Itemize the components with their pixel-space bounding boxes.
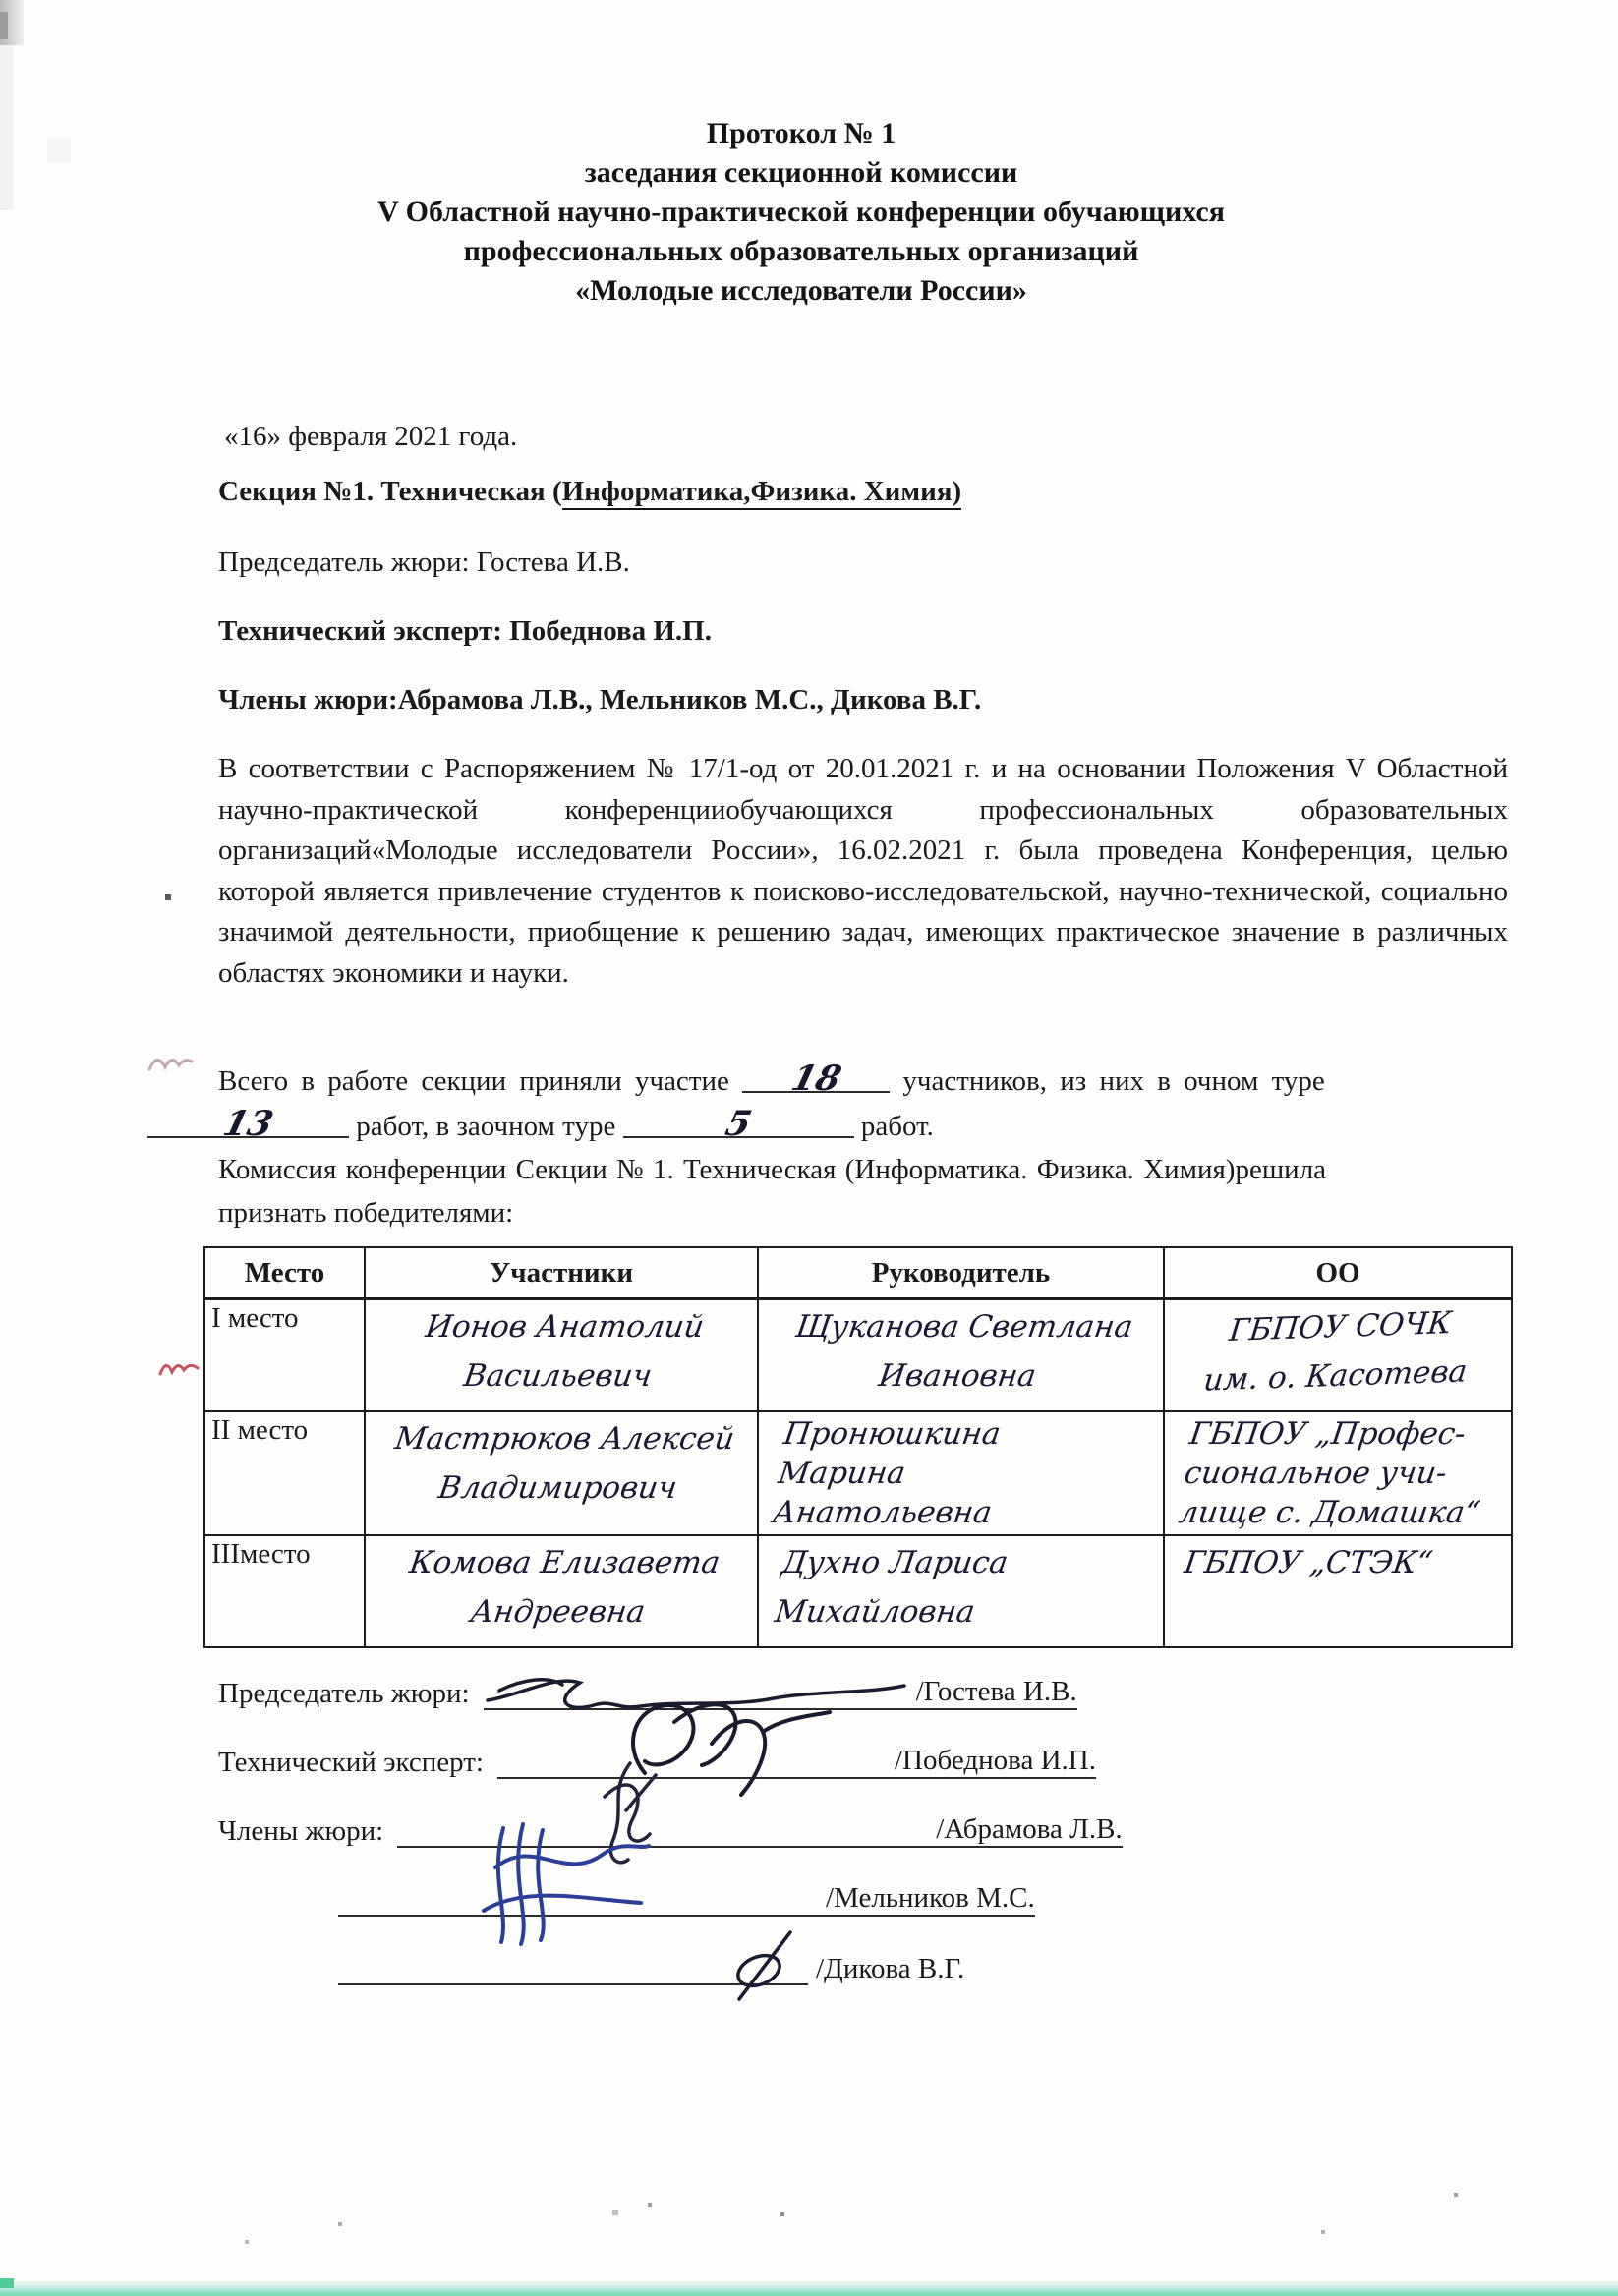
signature-name: /Абрамова Л.В. bbox=[928, 1813, 1122, 1848]
scan-artifact-bottom-edge bbox=[0, 2281, 1618, 2296]
title-line: V Областной научно-практической конферен… bbox=[157, 193, 1445, 232]
participation-line-4: признать победителями: bbox=[218, 1191, 1508, 1234]
participation-block: Всего в работе секции приняли участие 18… bbox=[218, 1058, 1508, 1234]
supervisor-cell: Пронюшкина Марина Анатольевна bbox=[758, 1411, 1164, 1535]
participation-text: участников, из них в очном туре bbox=[902, 1065, 1324, 1097]
participant-cell: Ионов Анатолий Васильевич bbox=[365, 1299, 758, 1412]
title-block: Протокол № 1 заседания секционной комисс… bbox=[157, 114, 1445, 311]
handwritten-line: Мастрюков Алексей bbox=[372, 1414, 758, 1464]
signature-label: Технический эксперт: bbox=[218, 1747, 497, 1779]
role-line-expert: Технический эксперт: Победнова И.П. bbox=[218, 615, 712, 648]
section-line: Секция №1. Техническая (Информатика,Физи… bbox=[218, 476, 961, 508]
table-header-row: Место Участники Руководитель ОО bbox=[204, 1247, 1512, 1299]
blank-total: 18 bbox=[742, 1058, 890, 1093]
participation-line-3: Комиссия конференции Секции № 1. Техниче… bbox=[218, 1148, 1508, 1191]
signature-dikova bbox=[722, 1926, 810, 2005]
handwritten-line: Марина bbox=[776, 1454, 1160, 1493]
header-supervisor: Руководитель bbox=[758, 1247, 1164, 1299]
oo-cell: ГБПОУ „СТЭК“ bbox=[1164, 1535, 1512, 1647]
signature-line bbox=[338, 1944, 808, 1985]
participation-text: работ. bbox=[861, 1111, 934, 1142]
handwritten-text: Мастрюков Алексей Владимирович bbox=[365, 1414, 758, 1513]
signature-name: /Гостева И.В. bbox=[908, 1676, 1077, 1710]
handwritten-line: Ивановна bbox=[758, 1351, 1157, 1401]
title-line: «Молодые исследователи России» bbox=[157, 271, 1445, 311]
signature-name: /Мельников М.С. bbox=[818, 1882, 1035, 1917]
participation-line-2: 13 работ, в заочном туре 5 работ. bbox=[147, 1103, 1508, 1148]
date-line: «16» февраля 2021 года. bbox=[224, 421, 517, 453]
place-cell: I место bbox=[204, 1299, 365, 1412]
table-row: I место Ионов Анатолий Васильевич Щукано… bbox=[204, 1299, 1512, 1412]
supervisor-cell: Щуканова Светлана Ивановна bbox=[758, 1299, 1164, 1412]
supervisor-cell: Духно Лариса Михайловна bbox=[758, 1535, 1164, 1647]
section-prefix: Секция №1. Техническая ( bbox=[218, 476, 562, 507]
handwritten-line: ГБПОУ „СТЭК“ bbox=[1181, 1538, 1508, 1587]
table-row: IIIместо Комова Елизавета Андреевна Духн… bbox=[204, 1535, 1512, 1647]
participant-cell: Мастрюков Алексей Владимирович bbox=[365, 1411, 758, 1535]
handwritten-total: 18 bbox=[786, 1058, 845, 1101]
handwritten-line: Щуканова Светлана bbox=[765, 1302, 1164, 1351]
handwritten-line: лище с. Домашка“ bbox=[1177, 1493, 1503, 1532]
title-line: заседания секционной комиссии bbox=[157, 153, 1445, 193]
oo-cell: ГБПОУ „Профес- сиональное учи- лище с. Д… bbox=[1164, 1411, 1512, 1535]
title-line: Протокол № 1 bbox=[157, 114, 1445, 153]
signature-label: Члены жюри: bbox=[218, 1815, 397, 1848]
header-participants: Участники bbox=[365, 1247, 758, 1299]
handwritten-text: Щуканова Светлана Ивановна bbox=[758, 1302, 1164, 1401]
scan-artifact-corner bbox=[47, 138, 71, 163]
handwritten-line: Михайловна bbox=[772, 1587, 1157, 1636]
signature-label: Председатель жюри: bbox=[218, 1678, 484, 1710]
scan-artifact-corner bbox=[0, 45, 14, 210]
blank-onsite: 13 bbox=[147, 1103, 349, 1138]
signature-line bbox=[338, 1875, 818, 1917]
handwritten-line: им. о. Касотева bbox=[1165, 1346, 1506, 1406]
handwritten-line: Васильевич bbox=[365, 1351, 751, 1401]
participation-text: Всего в работе секции приняли участие bbox=[218, 1065, 729, 1097]
handwritten-line: Андреевна bbox=[365, 1587, 751, 1636]
place-cell: IIIместо bbox=[204, 1535, 365, 1647]
signature-row-jury-2: /Мельников М.С. bbox=[218, 1875, 1035, 1917]
handwritten-onsite: 13 bbox=[219, 1103, 278, 1146]
signature-row-jury-3: /Дикова В.Г. bbox=[218, 1944, 964, 1985]
scanned-protocol-page: { "page": { "title_lines": [ "Протокол №… bbox=[0, 0, 1618, 2296]
handwritten-line: сиональное учи- bbox=[1182, 1454, 1508, 1493]
handwritten-line: Пронюшкина bbox=[781, 1414, 1166, 1454]
signature-name: /Победнова И.П. bbox=[887, 1745, 1096, 1779]
place-cell: II место bbox=[204, 1411, 365, 1535]
handwritten-text: Пронюшкина Марина Анатольевна bbox=[757, 1414, 1166, 1532]
handwritten-line: Ионов Анатолий bbox=[372, 1302, 758, 1351]
signature-name: /Дикова В.Г. bbox=[808, 1953, 964, 1985]
header-oo: ОО bbox=[1164, 1247, 1512, 1299]
scan-artifact-pencil-mark bbox=[145, 1044, 195, 1077]
handwritten-line: Анатольевна bbox=[771, 1493, 1155, 1532]
intro-paragraph: В соответствии с Распоряжением № 17/1-од… bbox=[218, 749, 1508, 994]
handwritten-line: Комова Елизавета bbox=[372, 1538, 758, 1587]
handwritten-text: ГБПОУ СОЧК им. о. Касотева bbox=[1165, 1296, 1511, 1406]
participation-line-1: Всего в работе секции приняли участие 18… bbox=[218, 1058, 1508, 1103]
handwritten-text: Ионов Анатолий Васильевич bbox=[365, 1302, 758, 1401]
signature-melnikov bbox=[466, 1820, 682, 1948]
table-row: II место Мастрюков Алексей Владимирович … bbox=[204, 1411, 1512, 1535]
role-line-chair: Председатель жюри: Гостева И.В. bbox=[218, 546, 630, 579]
handwritten-text: ГБПОУ „СТЭК“ bbox=[1167, 1538, 1508, 1587]
handwritten-line: Владимирович bbox=[365, 1464, 751, 1513]
handwritten-line: Духно Лариса bbox=[779, 1538, 1164, 1587]
scan-artifact-corner bbox=[0, 12, 8, 39]
scan-artifact-red-mark bbox=[157, 1354, 201, 1382]
results-table: Место Участники Руководитель ОО I место … bbox=[203, 1246, 1513, 1648]
section-underlined-part: Информатика,Физика. Химия) bbox=[562, 476, 962, 510]
blank-remote: 5 bbox=[623, 1103, 854, 1138]
title-line: профессиональных образовательных организ… bbox=[157, 232, 1445, 271]
handwritten-remote: 5 bbox=[721, 1103, 755, 1146]
scan-artifact-bottom-corner bbox=[0, 2278, 14, 2288]
oo-cell: ГБПОУ СОЧК им. о. Касотева bbox=[1164, 1299, 1512, 1412]
handwritten-text: Комова Елизавета Андреевна bbox=[365, 1538, 758, 1636]
handwritten-line: ГБПОУ „Профес- bbox=[1187, 1414, 1514, 1454]
role-line-jury: Члены жюри:Абрамова Л.В., Мельников М.С.… bbox=[218, 684, 981, 717]
handwritten-text: ГБПОУ „Профес- сиональное учи- лище с. Д… bbox=[1163, 1414, 1514, 1532]
scan-artifact-specks bbox=[0, 0, 2, 2]
participation-text: работ, в заочном туре bbox=[356, 1111, 615, 1142]
participant-cell: Комова Елизавета Андреевна bbox=[365, 1535, 758, 1647]
header-place: Место bbox=[204, 1247, 365, 1299]
handwritten-text: Духно Лариса Михайловна bbox=[758, 1538, 1164, 1636]
